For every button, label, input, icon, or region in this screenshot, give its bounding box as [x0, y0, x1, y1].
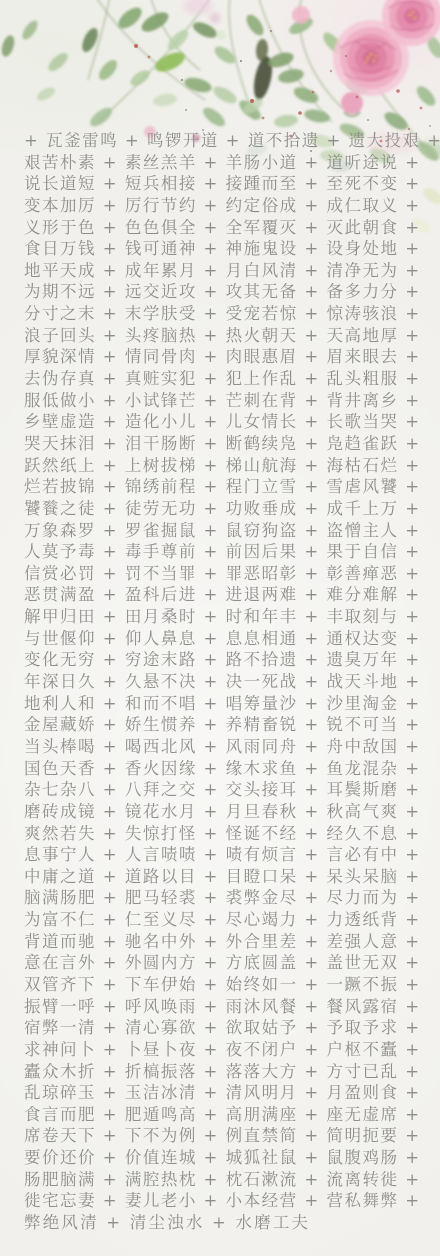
- idiom-line: 与世偃仰 + 仰人鼻息 + 息息相通 + 通权达变 +: [24, 628, 414, 650]
- idiom-line: 杂七杂八 + 八拜之交 + 交头接耳 + 耳鬓斯磨 +: [24, 779, 414, 801]
- idiom-line: 息事宁人 + 人言啧啧 + 啧有烦言 + 言必有中 +: [24, 844, 414, 866]
- idiom-line: 爽然若失 + 失惊打怪 + 怪诞不经 + 经久不息 +: [24, 823, 414, 845]
- idiom-line: 金屋藏娇 + 娇生惯养 + 养精畜锐 + 锐不可当 +: [24, 714, 414, 736]
- idiom-line: 地平天成 + 成年累月 + 月白风清 + 清净无为 +: [24, 260, 414, 282]
- idiom-line: 万象森罗 + 罗雀掘鼠 + 鼠窃狗盗 + 盗憎主人 +: [24, 520, 414, 542]
- idiom-line: 国色天香 + 香火因缘 + 缘木求鱼 + 鱼龙混杂 +: [24, 758, 414, 780]
- idiom-line: 哭天抹泪 + 泪干肠断 + 断鹤续凫 + 凫趋雀跃 +: [24, 433, 414, 455]
- idiom-line: 厚貌深情 + 情同骨肉 + 肉眼惠眉 + 眉来眼去 +: [24, 346, 414, 368]
- idiom-line: 变本加厉 + 厉行节约 + 约定俗成 + 成仁取义 +: [24, 195, 414, 217]
- idiom-line: 乱琼碎玉 + 玉洁冰清 + 清风明月 + 月盈则食 +: [24, 1082, 414, 1104]
- idiom-line: 义形于色 + 色色俱全 + 全军覆灭 + 灭此朝食 +: [24, 217, 414, 239]
- idiom-line: 服低做小 + 小试锋芒 + 芒刺在背 + 背井离乡 +: [24, 390, 414, 412]
- idiom-line: 乡壁虚造 + 造化小儿 + 儿女情长 + 长歌当哭 +: [24, 411, 414, 433]
- idiom-line: 为富不仁 + 仁至义尽 + 尽心竭力 + 力透纸背 +: [24, 909, 414, 931]
- idiom-line: 跃然纸上 + 上树拔梯 + 梯山航海 + 海枯石烂 +: [24, 455, 414, 477]
- idiom-line: 地利人和 + 和而不唱 + 唱筹量沙 + 沙里淘金 +: [24, 693, 414, 715]
- idiom-line: 人莫予毒 + 毒手尊前 + 前因后果 + 果于自信 +: [24, 541, 414, 563]
- idiom-line: 振臂一呼 + 呼风唤雨 + 雨沐风餐 + 餐风露宿 +: [24, 996, 414, 1018]
- idiom-line: 饕餮之徒 + 徒劳无功 + 功败垂成 + 成千上万 +: [24, 498, 414, 520]
- idiom-line: 去伪存真 + 真赃实犯 + 犯上作乱 + 乱头粗服 +: [24, 368, 414, 390]
- idiom-line: + 瓦釜雷鸣 + 鸣锣开道 + 道不拾遗 + 遗大投艰 +: [24, 130, 414, 152]
- idiom-line: 变化无穷 + 穷途末路 + 路不拾遗 + 遗臭万年 +: [24, 649, 414, 671]
- idiom-line: 双管齐下 + 下车伊始 + 始终如一 + 一蹶不振 +: [24, 974, 414, 996]
- idiom-line: 要价还价 + 价值连城 + 城狐社鼠 + 鼠腹鸡肠 +: [24, 1147, 414, 1169]
- idiom-line: 意在言外 + 外圆内方 + 方底圆盖 + 盖世无双 +: [24, 952, 414, 974]
- pink-blossom-blob: [183, 0, 220, 23]
- red-splatter-dots: [134, 44, 431, 142]
- idiom-line: 食日万钱 + 钱可通神 + 神施鬼设 + 设身处地 +: [24, 238, 414, 260]
- idiom-line: 分寸之末 + 末学肤受 + 受宠若惊 + 惊涛骇浪 +: [24, 303, 414, 325]
- rose-cluster: [292, 0, 440, 116]
- idiom-line: 年深日久 + 久悬不决 + 决一死战 + 战天斗地 +: [24, 671, 414, 693]
- idiom-line: 中庸之道 + 道路以目 + 目瞪口呆 + 呆头呆脑 +: [24, 866, 414, 888]
- idiom-line: 肠肥脑满 + 满腔热枕 + 枕石漱流 + 流离转徙 +: [24, 1169, 414, 1191]
- idiom-line: 背道而驰 + 驰名中外 + 外合里差 + 差强人意 +: [24, 931, 414, 953]
- idiom-line: 艰苦朴素 + 素丝羔羊 + 羊肠小道 + 道听途说 +: [24, 152, 414, 174]
- idiom-line: 席卷天下 + 下不为例 + 例直禁简 + 简明扼要 +: [24, 1125, 414, 1147]
- idiom-line: 磨砖成镜 + 镜花水月 + 月旦春秋 + 秋高气爽 +: [24, 801, 414, 823]
- idiom-line: 为期不远 + 远交近攻 + 攻其无备 + 备多力分 +: [24, 281, 414, 303]
- idiom-line: 脑满肠肥 + 肥马轻裘 + 裘弊金尽 + 尽力而为 +: [24, 887, 414, 909]
- idiom-line: 宿弊一清 + 清心寡欲 + 欲取姑予 + 予取予求 +: [24, 1017, 414, 1039]
- idiom-line: 求神问卜 + 卜昼卜夜 + 夜不闭户 + 户枢不蠹 +: [24, 1039, 414, 1061]
- idiom-line: 弊绝风清 + 清尘浊水 + 水磨工夫: [24, 1212, 414, 1234]
- idiom-line: 烂若披锦 + 锦绣前程 + 程门立雪 + 雪虐风饕 +: [24, 476, 414, 498]
- idiom-line: 蠹众木折 + 折槁振落 + 落落大方 + 方寸已乱 +: [24, 1061, 414, 1083]
- left-leaf-cluster: [0, 4, 267, 142]
- idiom-line: 食言而肥 + 肥遁鸣高 + 高朋满座 + 座无虚席 +: [24, 1104, 414, 1126]
- idiom-text-block: + 瓦釜雷鸣 + 鸣锣开道 + 道不拾遗 + 遗大投艰 +艰苦朴素 + 素丝羔羊…: [24, 130, 414, 1234]
- idiom-line: 解甲归田 + 田月桑时 + 时和年丰 + 丰取刻与 +: [24, 606, 414, 628]
- idiom-line: 徙宅忘妻 + 妻儿老小 + 小本经营 + 营私舞弊 +: [24, 1190, 414, 1212]
- idiom-chain-page: + 瓦釜雷鸣 + 鸣锣开道 + 道不拾遗 + 遗大投艰 +艰苦朴素 + 素丝羔羊…: [0, 0, 440, 1256]
- idiom-line: 信赏必罚 + 罚不当罪 + 罪恶昭彰 + 彰善瘅恶 +: [24, 563, 414, 585]
- idiom-line: 浪子回头 + 头疼脑热 + 热火朝天 + 天高地厚 +: [24, 325, 414, 347]
- idiom-line: 说长道短 + 短兵相接 + 接踵而至 + 至死不变 +: [24, 173, 414, 195]
- idiom-line: 当头棒喝 + 喝西北风 + 风雨同舟 + 舟中敌国 +: [24, 736, 414, 758]
- idiom-line: 恶贯满盈 + 盈科后进 + 进退两难 + 难分难解 +: [24, 584, 414, 606]
